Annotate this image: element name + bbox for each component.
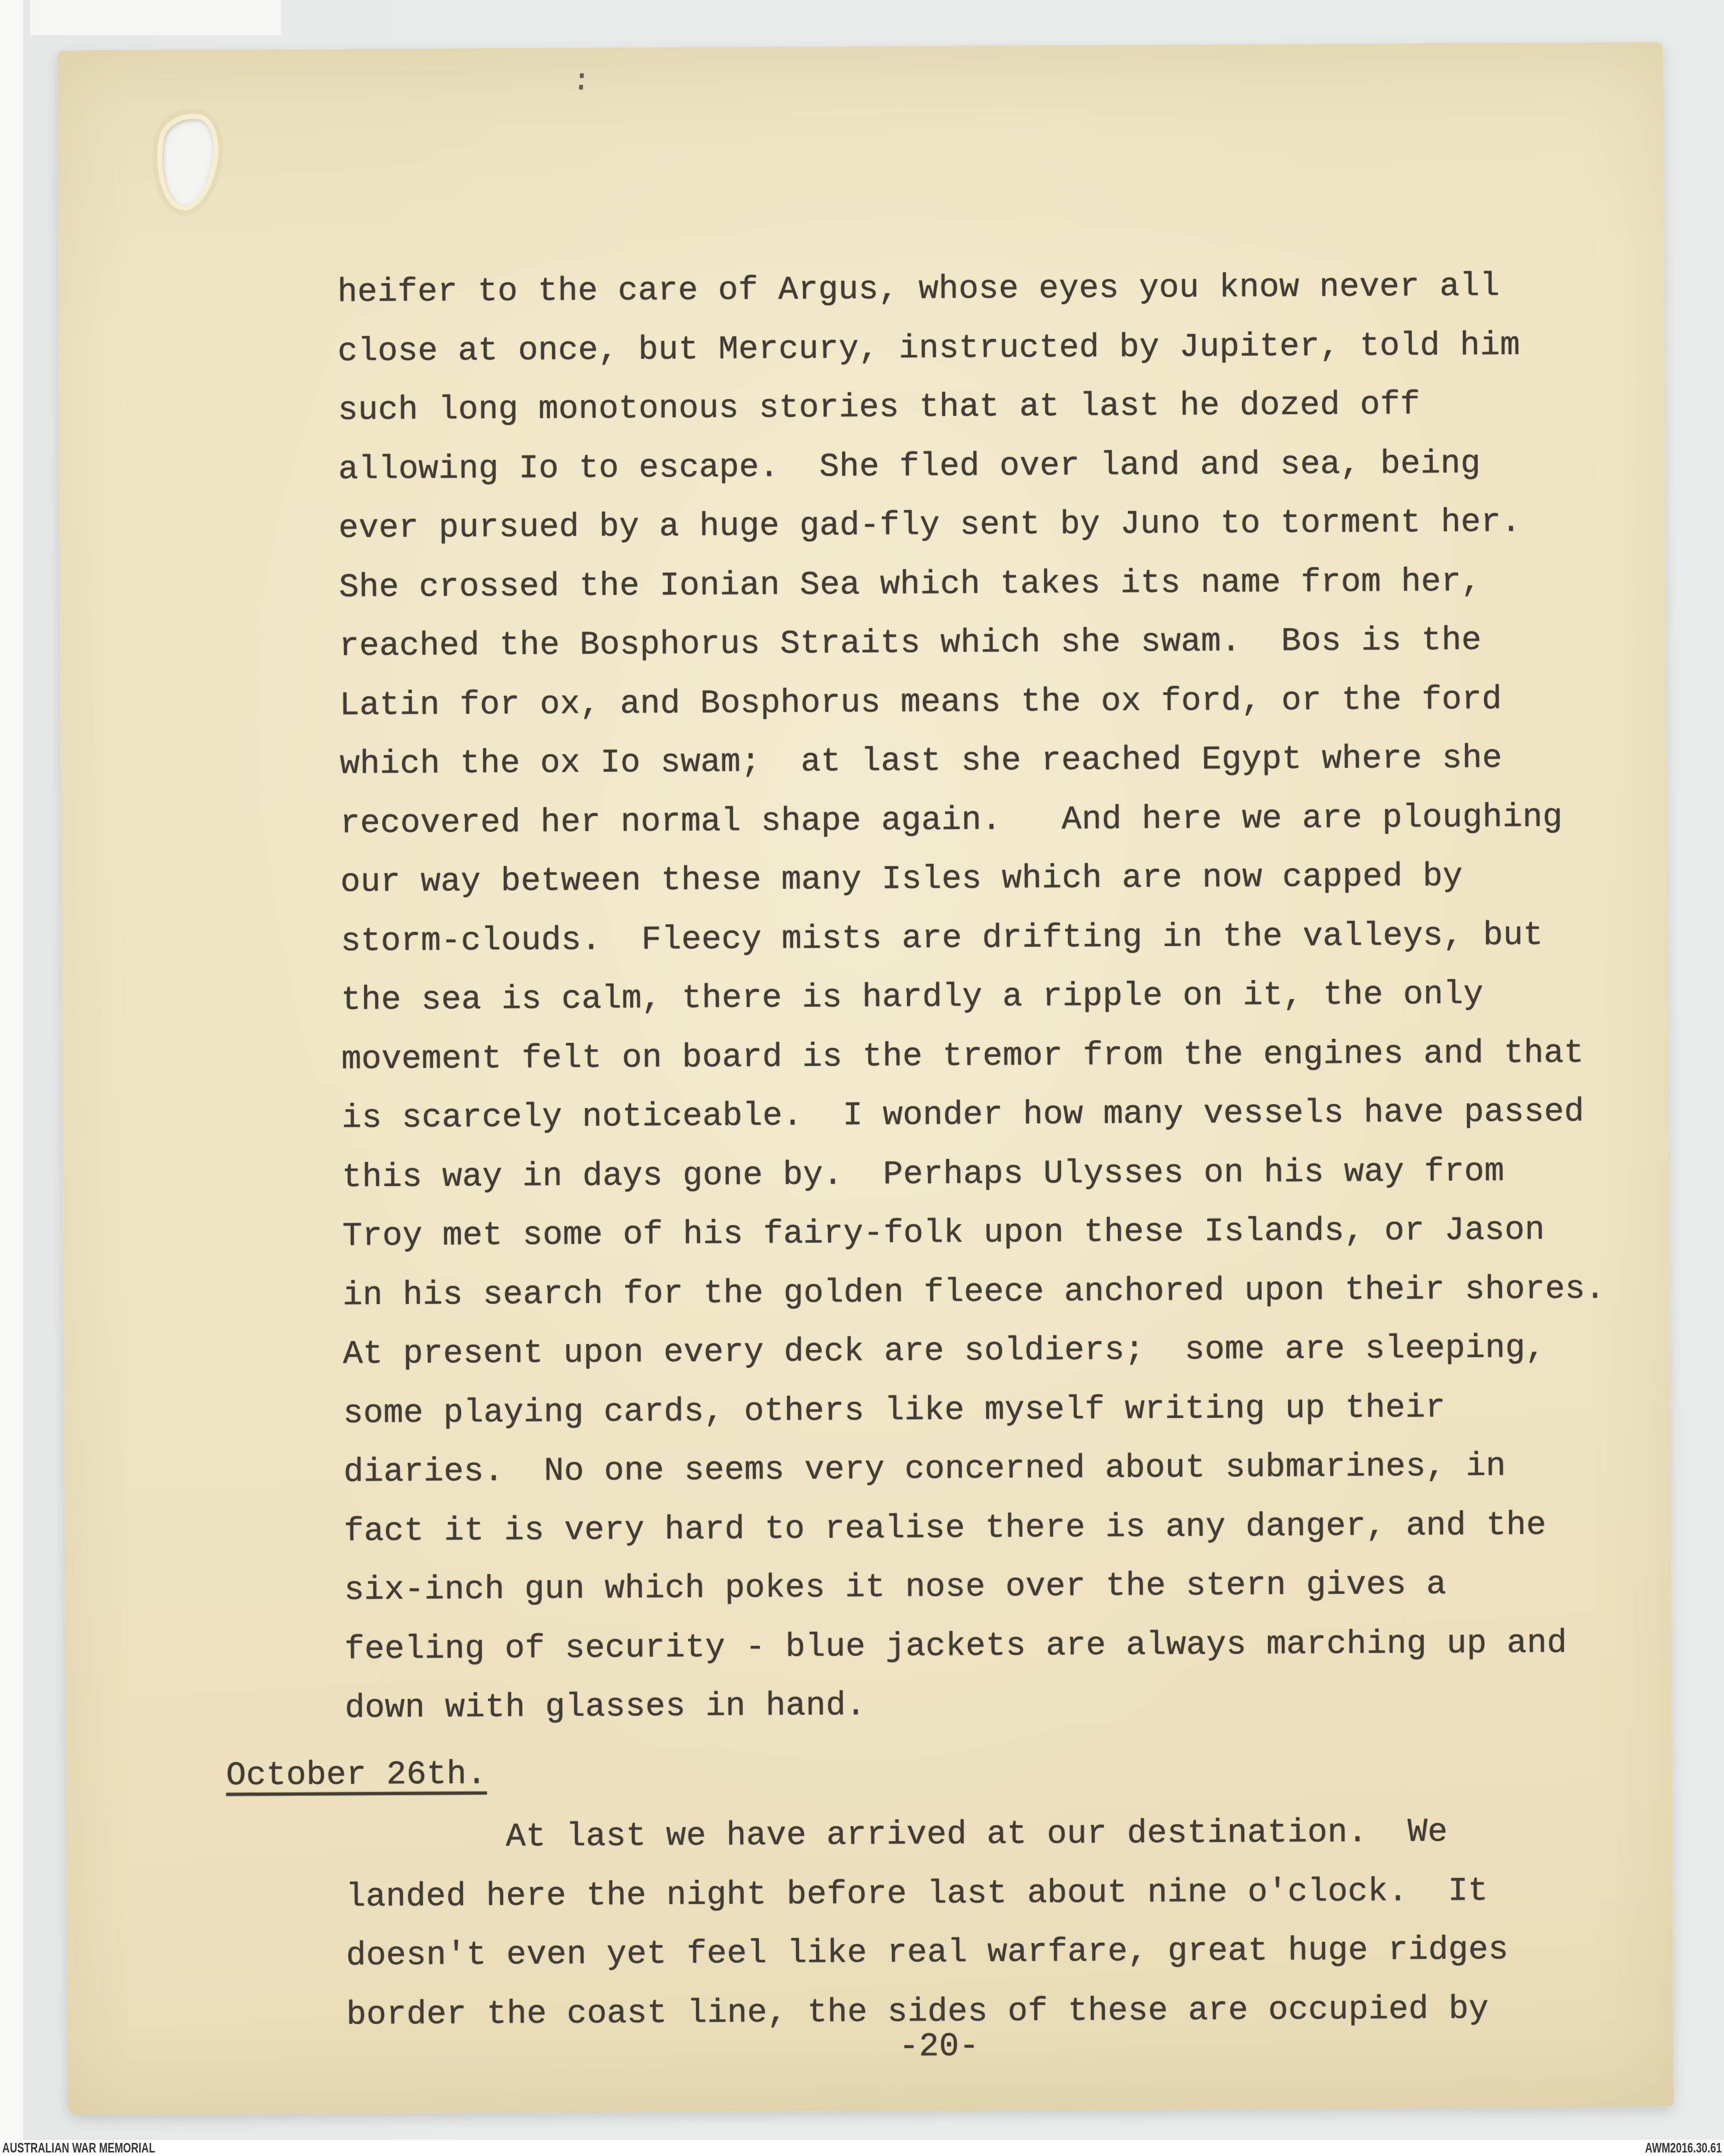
typewritten-page: : heifer to the care of Argus, whose eye… <box>57 42 1673 2115</box>
scan-left-sheet-edge <box>0 0 23 2140</box>
footer-institution-label: AUSTRALIAN WAR MEMORIAL <box>0 2140 155 2156</box>
scanned-document: : heifer to the care of Argus, whose eye… <box>0 0 1724 2156</box>
diary-paragraph-2: At last we have arrived at our destinati… <box>346 1802 1509 2044</box>
entry-date-heading: October 26th. <box>226 1745 487 1805</box>
stray-typed-mark: : <box>570 52 593 112</box>
paper-tear-hole <box>155 115 217 208</box>
scan-top-sheet-edge <box>30 0 281 35</box>
page-number: -20- <box>899 2017 979 2076</box>
diary-paragraph-1: heifer to the care of Argus, whose eyes … <box>337 256 1607 1738</box>
footer-accession-number: AWM2016.30.61 <box>1645 2140 1724 2156</box>
catalog-footer-bar: AUSTRALIAN WAR MEMORIAL AWM2016.30.61 <box>0 2140 1724 2156</box>
